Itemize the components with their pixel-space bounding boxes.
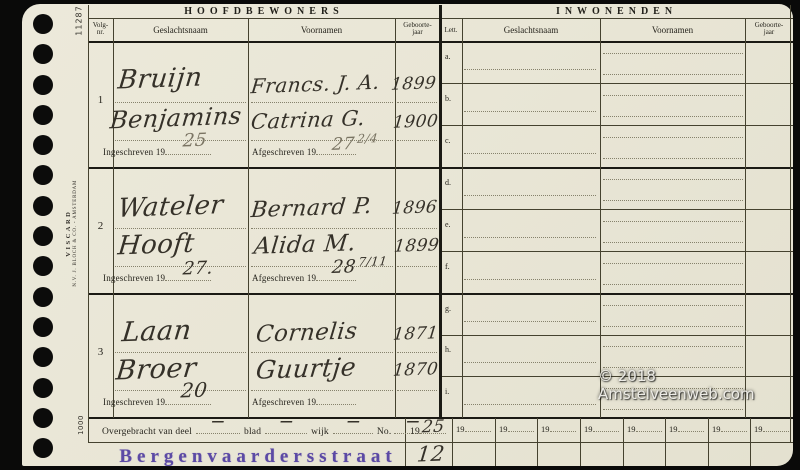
transfer-label-deel: Overgebracht van deel (102, 427, 192, 437)
writing-line (603, 409, 743, 410)
writing-line (464, 321, 596, 322)
scanned-registration-card-page: 11287 VISCARD N.V. J. BLOCH & CO. - AMST… (0, 0, 800, 470)
dotted-leader: — (265, 424, 307, 434)
writing-line (251, 390, 393, 391)
year-cell-prefix: 19 (456, 424, 465, 434)
bottom-cell-line (708, 418, 709, 466)
inwonenden-row-c: c. (440, 126, 793, 167)
printer-brand: VISCARD (65, 161, 73, 305)
row-letter: c. (445, 136, 451, 145)
afgeschreven-label: Afgeschreven 19 (252, 147, 316, 157)
punch-hole (33, 378, 53, 398)
inwonenden-row-a: a. (440, 42, 793, 84)
transfer-value-blad: — (280, 414, 293, 429)
afgeschreven-date-sup: 7/11 (358, 254, 388, 269)
writing-line (603, 221, 743, 222)
writing-line (603, 95, 743, 96)
person-surname: Bruijn (116, 62, 204, 95)
afgeschreven-label: Afgeschreven 19 (252, 397, 316, 407)
family-block-3: 3 Laan Cornelis 1871 Broer Guurtje 1870 … (88, 294, 440, 418)
bottom-cell-line (750, 418, 751, 466)
dotted-leader (763, 422, 789, 432)
punch-hole (33, 196, 53, 216)
year-cell-prefix: 19 (712, 424, 721, 434)
punch-hole (33, 287, 53, 307)
writing-line (603, 200, 743, 201)
afgeschreven-day: 27 (331, 134, 356, 155)
row-letter: i. (445, 387, 449, 396)
writing-line (464, 69, 596, 70)
ingeschreven-value: 27. (182, 257, 214, 279)
afgeschreven-date-sup (334, 381, 335, 395)
col-header-birthyear-right: Geboorte- jaar (745, 22, 793, 37)
writing-line (603, 116, 743, 117)
person-birthyear: 1871 (392, 323, 439, 345)
transfer-label-no: No. (377, 427, 392, 437)
dotted-leader: — (196, 424, 240, 434)
punch-hole (33, 408, 53, 428)
inwonenden-title: INWONENDEN (440, 6, 793, 17)
col-header-birthyear-line2: jaar (412, 28, 423, 36)
transfer-value-wijk: — (347, 414, 360, 429)
dotted-leader (636, 422, 662, 432)
person-birthyear: 1900 (392, 111, 439, 133)
year-cell-prefix: 19 (584, 424, 593, 434)
bottom-cell-line (495, 418, 496, 466)
punch-hole (33, 256, 53, 276)
writing-line (603, 326, 743, 327)
row-letter: g. (445, 304, 451, 313)
writing-line (464, 195, 596, 196)
ingeschreven-value: 20 (180, 377, 209, 402)
afgeschreven-field: Afgeschreven 19 (252, 395, 356, 407)
col-header-lett: Lett. (440, 27, 462, 34)
stock-number: 1000 (77, 411, 85, 439)
transfer-year-value: 25 (421, 417, 446, 438)
year-cell: 19 (499, 422, 534, 434)
writing-line (115, 266, 246, 267)
person-birthyear: 1899 (393, 235, 440, 257)
dotted-leader (721, 422, 747, 432)
inwonenden-row-b: b. (440, 84, 793, 126)
punch-hole (33, 14, 53, 34)
person-birthyear: 1870 (392, 359, 439, 381)
writing-line (603, 179, 743, 180)
person-birthyear: 1896 (391, 197, 438, 219)
year-cell: 19 (456, 422, 491, 434)
writing-line (464, 153, 596, 154)
inwonenden-row-e: e. (440, 210, 793, 252)
block-number: 2 (88, 220, 113, 232)
watermark-text: © 2018 Amstelveenweb.com (598, 367, 800, 403)
punch-hole (33, 226, 53, 246)
punch-hole (33, 347, 53, 367)
year-cell: 19 (541, 422, 576, 434)
person-firstnames: Francs. J. A. (250, 70, 381, 99)
col-header-surname-right: Geslachtsnaam (462, 26, 600, 35)
dotted-leader (465, 422, 491, 432)
writing-line (603, 305, 743, 306)
year-cell: 19 (669, 422, 704, 434)
year-cell: 19 (712, 422, 747, 434)
bottom-cell-line (665, 418, 666, 466)
punch-hole (33, 317, 53, 337)
transfer-row: Overgebracht van deel — blad — wijk — No… (102, 424, 431, 437)
person-birthyear: 1899 (390, 73, 437, 95)
printer-name: N.V. J. BLOCH & CO. - AMSTERDAM (73, 161, 79, 305)
punch-hole (33, 135, 53, 155)
writing-line (251, 228, 393, 229)
person-surname: Laan (120, 315, 193, 349)
person-surname: Hooft (116, 229, 196, 262)
afgeschreven-value: 272/4 (331, 133, 379, 155)
writing-line (397, 352, 437, 353)
inwonenden-row-f: f. (440, 252, 793, 293)
punch-hole (33, 75, 53, 95)
col-header-volgnr: Volg- nr. (88, 22, 113, 37)
year-cell-prefix: 19 (541, 424, 550, 434)
col-header-volgnr-line2: nr. (97, 28, 104, 36)
writing-line (603, 137, 743, 138)
transfer-value-deel: — (211, 414, 224, 429)
writing-line (603, 158, 743, 159)
bottom-cell-line (580, 418, 581, 466)
punch-hole (33, 165, 53, 185)
row-letter: d. (445, 178, 451, 187)
row-letter: h. (445, 345, 451, 354)
punch-hole (33, 44, 53, 64)
writing-line (603, 346, 743, 347)
writing-line (603, 74, 743, 75)
inwonenden-row-d: d. (440, 168, 793, 210)
row-letter: f. (445, 262, 450, 271)
writing-line (603, 284, 743, 285)
dotted-leader (678, 422, 704, 432)
person-surname: Benjamins (109, 102, 244, 135)
inwonenden-row-g: g. (440, 294, 793, 335)
col-header-birthyear-left: Geboorte- jaar (395, 22, 440, 37)
afgeschreven-day (331, 382, 333, 403)
year-cell-prefix: 19 (754, 424, 763, 434)
printer-imprint: VISCARD N.V. J. BLOCH & CO. - AMSTERDAM (65, 161, 79, 305)
row-letter: b. (445, 94, 451, 103)
afgeschreven-day: 28 (331, 256, 357, 278)
person-surname: Wateler (116, 190, 225, 224)
writing-line (115, 140, 246, 141)
year-cell: 19 (627, 422, 662, 434)
afgeschreven-date-sup: 2/4 (356, 131, 378, 146)
bottom-cell-line (537, 418, 538, 466)
punch-hole (33, 105, 53, 125)
person-firstnames: Bernard P. (250, 194, 373, 223)
person-firstnames: Alida M. (253, 230, 358, 260)
writing-line (464, 279, 596, 280)
writing-line (251, 102, 393, 103)
bottom-cell-line (623, 418, 624, 466)
person-firstnames: Cornelis (255, 318, 359, 348)
writing-line (464, 111, 596, 112)
col-header-firstnames-left: Voornamen (248, 26, 395, 35)
transfer-label-wijk: wijk (311, 427, 329, 437)
card-serial-number: 11287 (75, 4, 84, 38)
year-cell-prefix: 19 (627, 424, 636, 434)
afgeschreven-label: Afgeschreven 19 (252, 273, 316, 283)
writing-line (603, 263, 743, 264)
year-cell-prefix: 19 (669, 424, 678, 434)
row-letter: a. (445, 52, 451, 61)
year-cell-prefix: 19 (499, 424, 508, 434)
afgeschreven-value: 287/11 (331, 255, 388, 278)
dotted-leader (508, 422, 534, 432)
ingeschreven-label: Ingeschreven 19 (103, 397, 165, 407)
writing-line (397, 140, 437, 141)
dotted-leader (593, 422, 619, 432)
street-name-stamp: Bergenvaardersstraat (114, 446, 402, 468)
person-firstnames: Catrina G. (250, 106, 367, 134)
family-block-2: 2 Wateler Bernard P. 1896 Hooft Alida M.… (88, 168, 440, 294)
writing-line (397, 266, 437, 267)
punch-hole (33, 438, 53, 458)
hoofdbewoners-title: HOOFDBEWONERS (88, 6, 440, 17)
transfer-label-blad: blad (244, 427, 261, 437)
year-cell: 19 (584, 422, 619, 434)
writing-line (397, 102, 437, 103)
ingeschreven-label: Ingeschreven 19 (103, 147, 165, 157)
ingeschreven-label: Ingeschreven 19 (103, 273, 165, 283)
ingeschreven-value: 25 (182, 130, 208, 152)
dotted-leader: — (333, 424, 373, 434)
dotted-leader (316, 395, 356, 405)
block-number: 1 (88, 94, 113, 106)
row-letter: e. (445, 220, 451, 229)
year-cell: 19 (754, 422, 789, 434)
writing-line (603, 242, 743, 243)
col-header-firstnames-right: Voornamen (600, 26, 745, 35)
year-prefix: 19 (410, 427, 420, 437)
family-block-1: 1 Bruijn Francs. J. A. 1899 Benjamins Ca… (88, 42, 440, 168)
writing-line (397, 228, 437, 229)
person-firstnames: Guurtje (254, 352, 357, 385)
house-number: 12 (409, 441, 454, 467)
writing-line (603, 53, 743, 54)
writing-line (397, 390, 437, 391)
col-header-birthyear-line2: jaar (764, 28, 775, 36)
writing-line (464, 404, 596, 405)
writing-line (464, 362, 596, 363)
writing-line (464, 237, 596, 238)
dotted-leader (550, 422, 576, 432)
col-header-surname-left: Geslachtsnaam (113, 26, 248, 35)
block-number: 3 (88, 346, 113, 358)
